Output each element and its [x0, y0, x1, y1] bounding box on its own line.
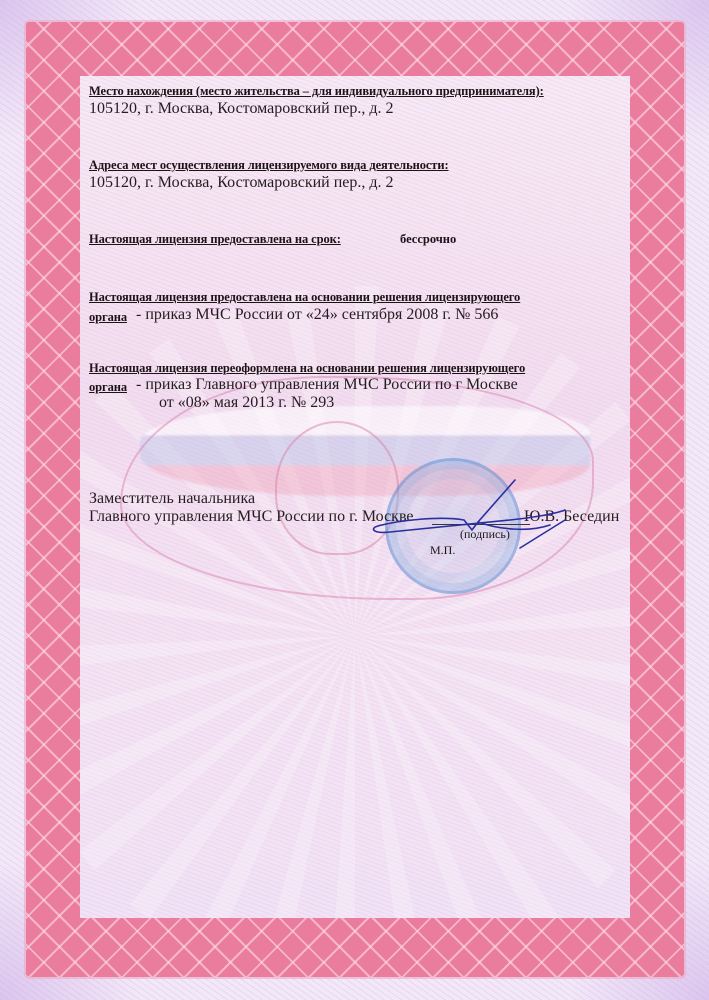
reissued-basis-label: Настоящая лицензия переоформлена на осно… [89, 361, 525, 376]
location-value: 105120, г. Москва, Костомаровский пер., … [89, 100, 394, 118]
signer-position-line1: Заместитель начальника [89, 490, 255, 508]
reissued-basis-label-cont: органа [89, 380, 127, 395]
activity-address-label: Адреса мест осуществления лицензируемого… [89, 158, 449, 173]
handwritten-signature [360, 470, 580, 550]
reissued-order-date: от «08» мая 2013 г. № 293 [159, 394, 334, 412]
granted-basis-label-cont: органа [89, 310, 127, 325]
location-label: Место нахождения (место жительства – для… [89, 84, 544, 99]
granted-order-value: - приказ МЧС России от «24» сентября 200… [136, 306, 498, 324]
reissued-order-value: - приказ Главного управления МЧС России … [136, 376, 518, 394]
term-value: бессрочно [400, 232, 456, 247]
activity-address-value: 105120, г. Москва, Костомаровский пер., … [89, 174, 394, 192]
license-content: Место нахождения (место жительства – для… [0, 0, 709, 1000]
term-label: Настоящая лицензия предоставлена на срок… [89, 232, 341, 247]
granted-basis-label: Настоящая лицензия предоставлена на осно… [89, 290, 520, 305]
